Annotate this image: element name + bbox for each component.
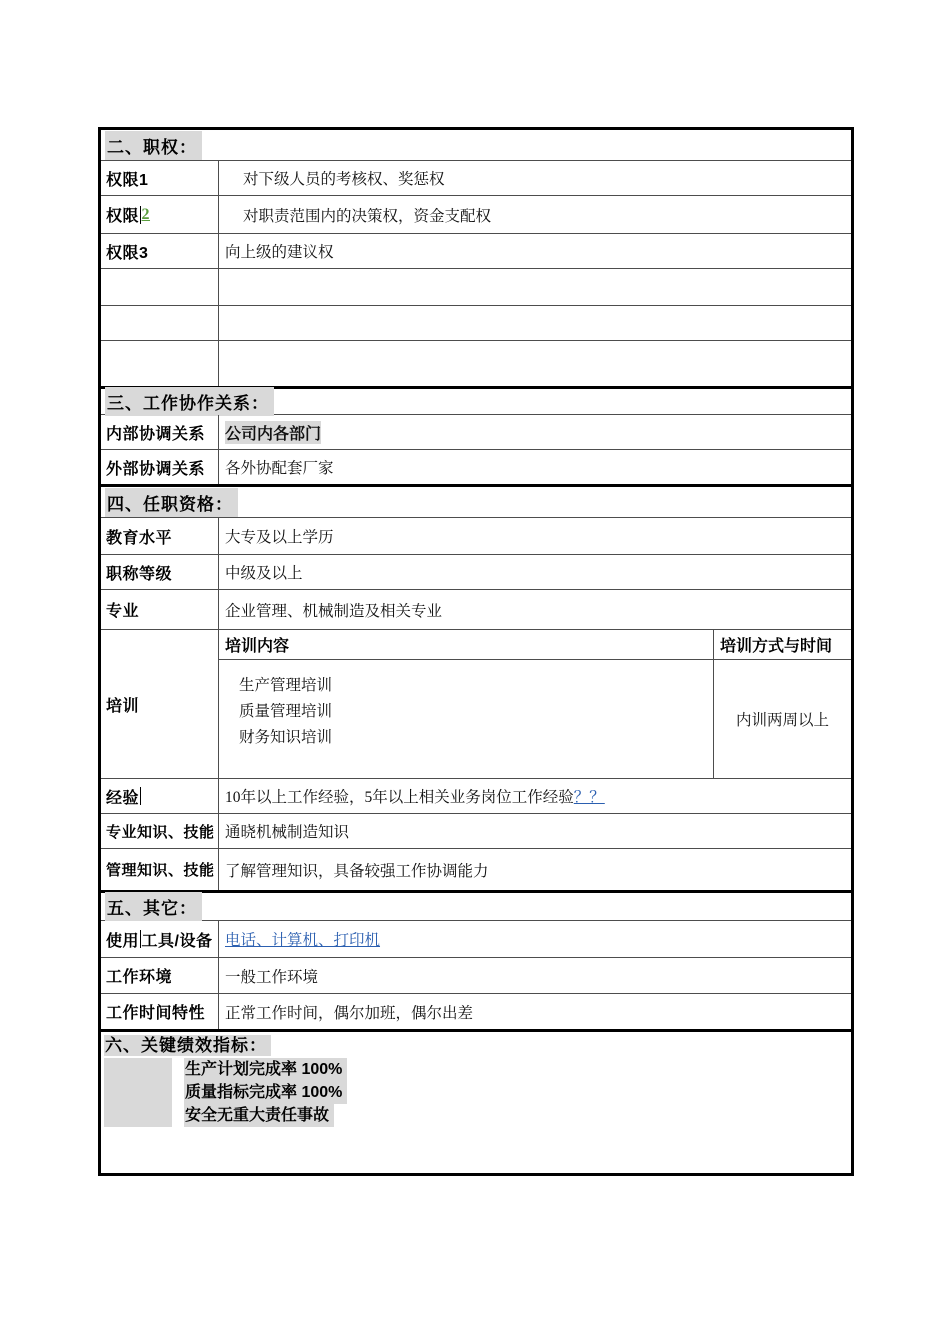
label-cell: 外部协调关系 (101, 450, 219, 484)
label-cell: 工作环境 (101, 958, 219, 993)
label-cell: 专业知识、技能 (101, 814, 219, 848)
job-description-table: 二、职权： 权限1 对下级人员的考核权、奖惩权 权限 2 对职责范围内的决策权，… (98, 127, 854, 1176)
value-cell: 对下级人员的考核权、奖惩权 (219, 161, 851, 195)
tracked-insertion: 2 (142, 206, 151, 224)
table-row: 权限3 向上级的建议权 (101, 233, 851, 268)
kpi-cell: 六、关键绩效指标： 生产计划完成率 100% 质量指标完成率 100% 安全无重… (101, 1032, 851, 1173)
label-cell: 培训 (101, 630, 219, 778)
table-row-empty (101, 340, 851, 386)
table-row: 经验 10年以上工作经验，5年以上相关业务岗位工作经验 ？？ (101, 778, 851, 813)
value-cell: 大专及以上学历 (219, 518, 851, 554)
table-row: 外部协调关系 各外协配套厂家 (101, 449, 851, 484)
label-cell (101, 269, 219, 305)
training-method-value: 内训两周以上 (713, 660, 851, 778)
label-cell: 内部协调关系 (101, 415, 219, 449)
section-header-authority: 二、职权： (101, 130, 851, 160)
label-cell: 专业 (101, 590, 219, 629)
training-item: 质量管理培训 (239, 699, 713, 725)
label-text: 经验 (106, 785, 139, 808)
value-cell: 向上级的建议权 (219, 234, 851, 268)
section-header-others: 五、其它： (101, 890, 851, 920)
label-cell: 权限1 (101, 161, 219, 195)
table-row: 工作环境 一般工作环境 (101, 957, 851, 993)
document-page: 二、职权： 权限1 对下级人员的考核权、奖惩权 权限 2 对职责范围内的决策权，… (0, 0, 950, 1344)
value-cell: 正常工作时间，偶尔加班，偶尔出差 (219, 994, 851, 1029)
table-row-training: 培训 培训内容 培训方式与时间 生产管理培训 质量管理培训 财务知识培训 内训两… (101, 629, 851, 778)
label-cell: 权限3 (101, 234, 219, 268)
kpi-item: 质量指标完成率 100% (184, 1081, 347, 1104)
kpi-tab-highlight (104, 1058, 172, 1081)
kpi-line: 安全无重大责任事故 (104, 1104, 851, 1127)
label-cell: 教育水平 (101, 518, 219, 554)
label-cell: 权限 2 (101, 196, 219, 233)
value-cell: 一般工作环境 (219, 958, 851, 993)
label-text: 工具/设备 (142, 928, 213, 951)
section-title: 五、其它： (105, 892, 202, 921)
experience-link[interactable]: ？？ (574, 785, 605, 807)
kpi-tab-highlight (104, 1104, 172, 1127)
section-title: 四、任职资格： (105, 488, 238, 517)
table-row: 专业知识、技能 通晓机械制造知识 (101, 813, 851, 848)
value-cell (219, 269, 851, 305)
value-cell: 企业管理、机械制造及相关专业 (219, 590, 851, 629)
table-row: 使用 工具/设备 电话、计算机、打印机 (101, 920, 851, 957)
section-title: 二、职权： (105, 131, 202, 160)
table-row: 权限 2 对职责范围内的决策权，资金支配权 (101, 195, 851, 233)
value-text: 公司内各部门 (225, 421, 321, 444)
kpi-line: 质量指标完成率 100% (104, 1081, 851, 1104)
section-kpi: 六、关键绩效指标： 生产计划完成率 100% 质量指标完成率 100% 安全无重… (101, 1029, 851, 1173)
kpi-tab-highlight (104, 1081, 172, 1104)
table-row: 教育水平 大专及以上学历 (101, 517, 851, 554)
kpi-item: 生产计划完成率 100% (184, 1058, 347, 1081)
value-cell: 电话、计算机、打印机 (219, 921, 851, 957)
label-cell: 职称等级 (101, 555, 219, 589)
text-cursor (140, 787, 142, 805)
kpi-title-line: 六、关键绩效指标： (104, 1034, 851, 1058)
section-title: 六、关键绩效指标： (104, 1035, 271, 1056)
value-cell: 通晓机械制造知识 (219, 814, 851, 848)
section-header-collaboration: 三、工作协作关系： (101, 386, 851, 414)
table-row: 职称等级 中级及以上 (101, 554, 851, 589)
kpi-line: 生产计划完成率 100% (104, 1058, 851, 1081)
tools-link[interactable]: 电话、计算机、打印机 (225, 928, 380, 950)
label-cell: 管理知识、技能 (101, 849, 219, 890)
label-cell: 工作时间特性 (101, 994, 219, 1029)
section-header-qualification: 四、任职资格： (101, 484, 851, 517)
training-content-row: 生产管理培训 质量管理培训 财务知识培训 内训两周以上 (219, 660, 851, 778)
value-cell: 了解管理知识，具备较强工作协调能力 (219, 849, 851, 890)
label-text: 权限 (106, 203, 139, 226)
value-cell: 中级及以上 (219, 555, 851, 589)
training-subtable: 培训内容 培训方式与时间 生产管理培训 质量管理培训 财务知识培训 内训两周以上 (219, 630, 851, 778)
table-row: 内部协调关系 公司内各部门 (101, 414, 851, 449)
training-item: 生产管理培训 (239, 673, 713, 699)
label-cell: 经验 (101, 779, 219, 813)
section-title: 三、工作协作关系： (105, 387, 274, 416)
training-header-row: 培训内容 培训方式与时间 (219, 630, 851, 660)
value-cell (219, 341, 851, 386)
table-row: 管理知识、技能 了解管理知识，具备较强工作协调能力 (101, 848, 851, 890)
label-text: 使用 (106, 928, 139, 951)
table-row: 专业 企业管理、机械制造及相关专业 (101, 589, 851, 629)
training-item: 财务知识培训 (239, 725, 713, 751)
training-method-header: 培训方式与时间 (713, 630, 851, 659)
kpi-item: 安全无重大责任事故 (184, 1104, 334, 1127)
label-cell (101, 341, 219, 386)
table-row: 工作时间特性 正常工作时间，偶尔加班，偶尔出差 (101, 993, 851, 1029)
table-row-empty (101, 305, 851, 340)
label-cell (101, 306, 219, 340)
training-content-list: 生产管理培训 质量管理培训 财务知识培训 (219, 660, 713, 778)
value-text: 10年以上工作经验，5年以上相关业务岗位工作经验 (225, 785, 574, 807)
value-cell: 对职责范围内的决策权，资金支配权 (219, 196, 851, 233)
value-cell (219, 306, 851, 340)
value-cell: 各外协配套厂家 (219, 450, 851, 484)
value-cell: 公司内各部门 (219, 415, 851, 449)
training-content-header: 培训内容 (219, 630, 713, 659)
table-row: 权限1 对下级人员的考核权、奖惩权 (101, 160, 851, 195)
table-row-empty (101, 268, 851, 305)
label-cell: 使用 工具/设备 (101, 921, 219, 957)
value-cell: 10年以上工作经验，5年以上相关业务岗位工作经验 ？？ (219, 779, 851, 813)
